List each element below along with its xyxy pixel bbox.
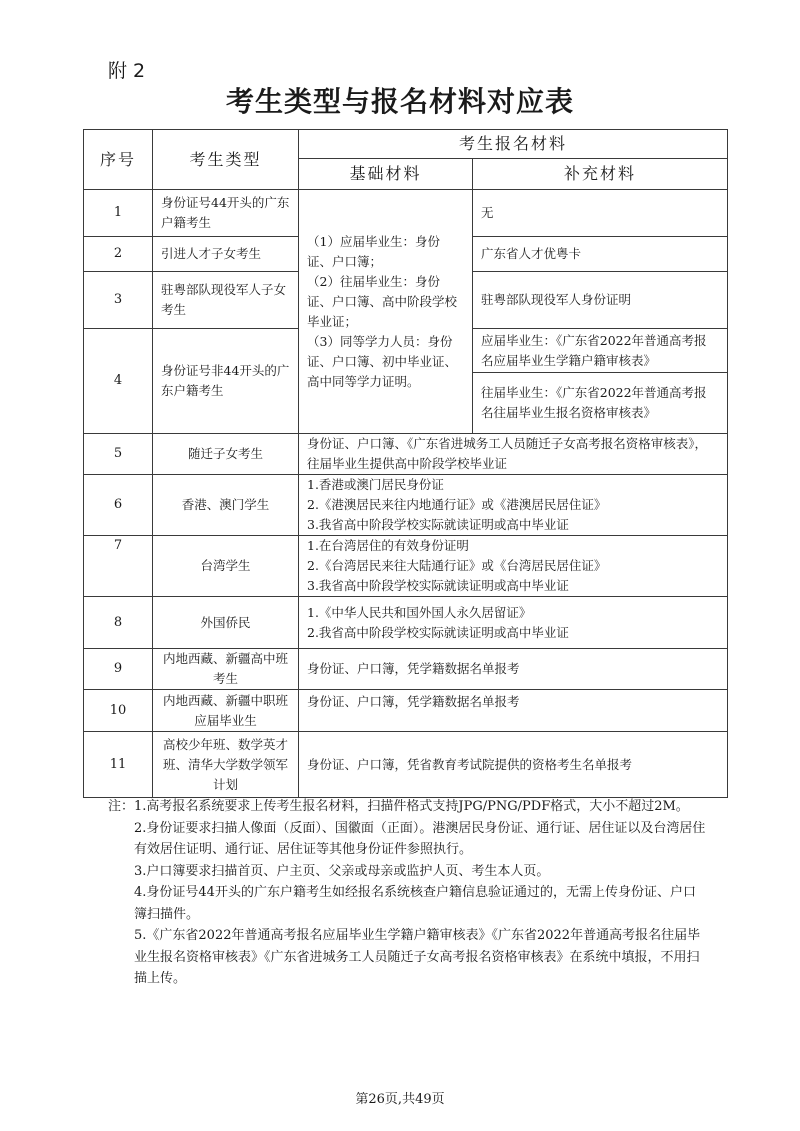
row-supplement: 无 bbox=[473, 190, 728, 237]
row-type: 台湾学生 bbox=[153, 536, 299, 597]
row-materials: 身份证、户口簿、《广东省进城务工人员随迁子女高考报名资格审核表》，往届毕业生提供… bbox=[299, 434, 728, 475]
table-row: 10 内地西藏、新疆中职班应届毕业生 身份证、户口簿，凭学籍数据名单报考 bbox=[84, 690, 728, 732]
row-supplement: 广东省人才优粤卡 bbox=[473, 237, 728, 272]
table-row: 6 香港、澳门学生 1.香港或澳门居民身份证 2.《港澳居民来往内地通行证》或《… bbox=[84, 475, 728, 536]
row-seq: 1 bbox=[84, 190, 153, 237]
row-materials: 身份证、户口簿，凭学籍数据名单报考 bbox=[299, 690, 728, 732]
material-line: 3.我省高中阶段学校实际就读证明或高中毕业证 bbox=[307, 515, 719, 535]
basic-line: （2）往届毕业生：身份证、户口簿、高中阶段学校毕业证； bbox=[307, 272, 464, 332]
row-seq: 7 bbox=[84, 536, 153, 597]
row-type: 内地西藏、新疆中职班应届毕业生 bbox=[153, 690, 299, 732]
row-seq: 8 bbox=[84, 597, 153, 649]
row-seq: 9 bbox=[84, 649, 153, 690]
table-row: 5 随迁子女考生 身份证、户口簿、《广东省进城务工人员随迁子女高考报名资格审核表… bbox=[84, 434, 728, 475]
row-type: 香港、澳门学生 bbox=[153, 475, 299, 536]
row-seq: 4 bbox=[84, 329, 153, 434]
header-basic: 基础材料 bbox=[299, 159, 473, 190]
note-2: 2.身份证要求扫描人像面（反面）、国徽面（正面）。港澳居民身份证、通行证、居住证… bbox=[108, 818, 708, 861]
notes-section: 注：1.高考报名系统要求上传考生报名材料，扫描件格式支持JPG/PNG/PDF格… bbox=[108, 796, 708, 990]
row-seq: 5 bbox=[84, 434, 153, 475]
material-line: 1.香港或澳门居民身份证 bbox=[307, 475, 719, 495]
material-line: 3.我省高中阶段学校实际就读证明或高中毕业证 bbox=[307, 576, 719, 596]
material-line: 1.《中华人民共和国外国人永久居留证》 bbox=[307, 603, 719, 623]
materials-table: 序号 考生类型 考生报名材料 基础材料 补充材料 1 身份证号44开头的广东户籍… bbox=[83, 129, 728, 798]
header-supplement: 补充材料 bbox=[473, 159, 728, 190]
row-seq: 11 bbox=[84, 732, 153, 798]
header-materials: 考生报名材料 bbox=[299, 130, 728, 159]
note-5: 5.《广东省2022年普通高考报名应届毕业生学籍户籍审核表》《广东省2022年普… bbox=[108, 925, 708, 990]
table-row: 9 内地西藏、新疆高中班考生 身份证、户口簿，凭学籍数据名单报考 bbox=[84, 649, 728, 690]
material-line: 2.《港澳居民来往内地通行证》或《港澳居民居住证》 bbox=[307, 495, 719, 515]
material-line: 1.在台湾居住的有效身份证明 bbox=[307, 536, 719, 556]
row-supplement-current: 应届毕业生：《广东省2022年普通高考报名应届毕业生学籍户籍审核表》 bbox=[473, 329, 728, 373]
row-type: 身份证号非44开头的广东户籍考生 bbox=[153, 329, 299, 434]
basic-line: （3）同等学力人员：身份证、户口簿、初中毕业证、高中同等学力证明。 bbox=[307, 332, 464, 392]
header-seq: 序号 bbox=[84, 130, 153, 190]
row-materials: 1.香港或澳门居民身份证 2.《港澳居民来往内地通行证》或《港澳居民居住证》 3… bbox=[299, 475, 728, 536]
row-seq: 10 bbox=[84, 690, 153, 732]
row-type: 外国侨民 bbox=[153, 597, 299, 649]
table-row: 8 外国侨民 1.《中华人民共和国外国人永久居留证》 2.我省高中阶段学校实际就… bbox=[84, 597, 728, 649]
row-seq: 3 bbox=[84, 272, 153, 329]
row-materials: 身份证、户口簿，凭学籍数据名单报考 bbox=[299, 649, 728, 690]
row-materials: 1.《中华人民共和国外国人永久居留证》 2.我省高中阶段学校实际就读证明或高中毕… bbox=[299, 597, 728, 649]
shared-basic-materials: （1）应届毕业生：身份证、户口簿； （2）往届毕业生：身份证、户口簿、高中阶段学… bbox=[299, 190, 473, 434]
row-type: 驻粤部队现役军人子女考生 bbox=[153, 272, 299, 329]
row-seq: 2 bbox=[84, 237, 153, 272]
row-materials: 身份证、户口簿，凭省教育考试院提供的资格考生名单报考 bbox=[299, 732, 728, 798]
row-type: 随迁子女考生 bbox=[153, 434, 299, 475]
row-type: 内地西藏、新疆高中班考生 bbox=[153, 649, 299, 690]
basic-line: （1）应届毕业生：身份证、户口簿； bbox=[307, 232, 464, 272]
note-4: 4.身份证号44开头的广东户籍考生如经报名系统核查户籍信息验证通过的，无需上传身… bbox=[108, 882, 708, 925]
row-type: 高校少年班、数学英才班、清华大学数学领军计划 bbox=[153, 732, 299, 798]
row-type: 引进人才子女考生 bbox=[153, 237, 299, 272]
table-row: 1 身份证号44开头的广东户籍考生 （1）应届毕业生：身份证、户口簿； （2）往… bbox=[84, 190, 728, 237]
table-row: 11 高校少年班、数学英才班、清华大学数学领军计划 身份证、户口簿，凭省教育考试… bbox=[84, 732, 728, 798]
page-title: 考生类型与报名材料对应表 bbox=[0, 80, 800, 120]
row-type: 身份证号44开头的广东户籍考生 bbox=[153, 190, 299, 237]
material-line: 2.《台湾居民来往大陆通行证》或《台湾居民居住证》 bbox=[307, 556, 719, 576]
attachment-label: 附 2 bbox=[108, 56, 145, 83]
row-materials: 1.在台湾居住的有效身份证明 2.《台湾居民来往大陆通行证》或《台湾居民居住证》… bbox=[299, 536, 728, 597]
row-supplement-previous: 往届毕业生：《广东省2022年普通高考报名往届毕业生报名资格审核表》 bbox=[473, 373, 728, 434]
page-footer: 第26页,共49页 bbox=[0, 1088, 800, 1107]
notes-prefix: 注： bbox=[108, 799, 134, 814]
row-seq: 6 bbox=[84, 475, 153, 536]
material-line: 2.我省高中阶段学校实际就读证明或高中毕业证 bbox=[307, 623, 719, 643]
note-1: 注：1.高考报名系统要求上传考生报名材料，扫描件格式支持JPG/PNG/PDF格… bbox=[108, 796, 708, 818]
table-row: 7 台湾学生 1.在台湾居住的有效身份证明 2.《台湾居民来往大陆通行证》或《台… bbox=[84, 536, 728, 597]
header-type: 考生类型 bbox=[153, 130, 299, 190]
note-3: 3.户口簿要求扫描首页、户主页、父亲或母亲或监护人页、考生本人页。 bbox=[108, 861, 708, 883]
row-supplement: 驻粤部队现役军人身份证明 bbox=[473, 272, 728, 329]
